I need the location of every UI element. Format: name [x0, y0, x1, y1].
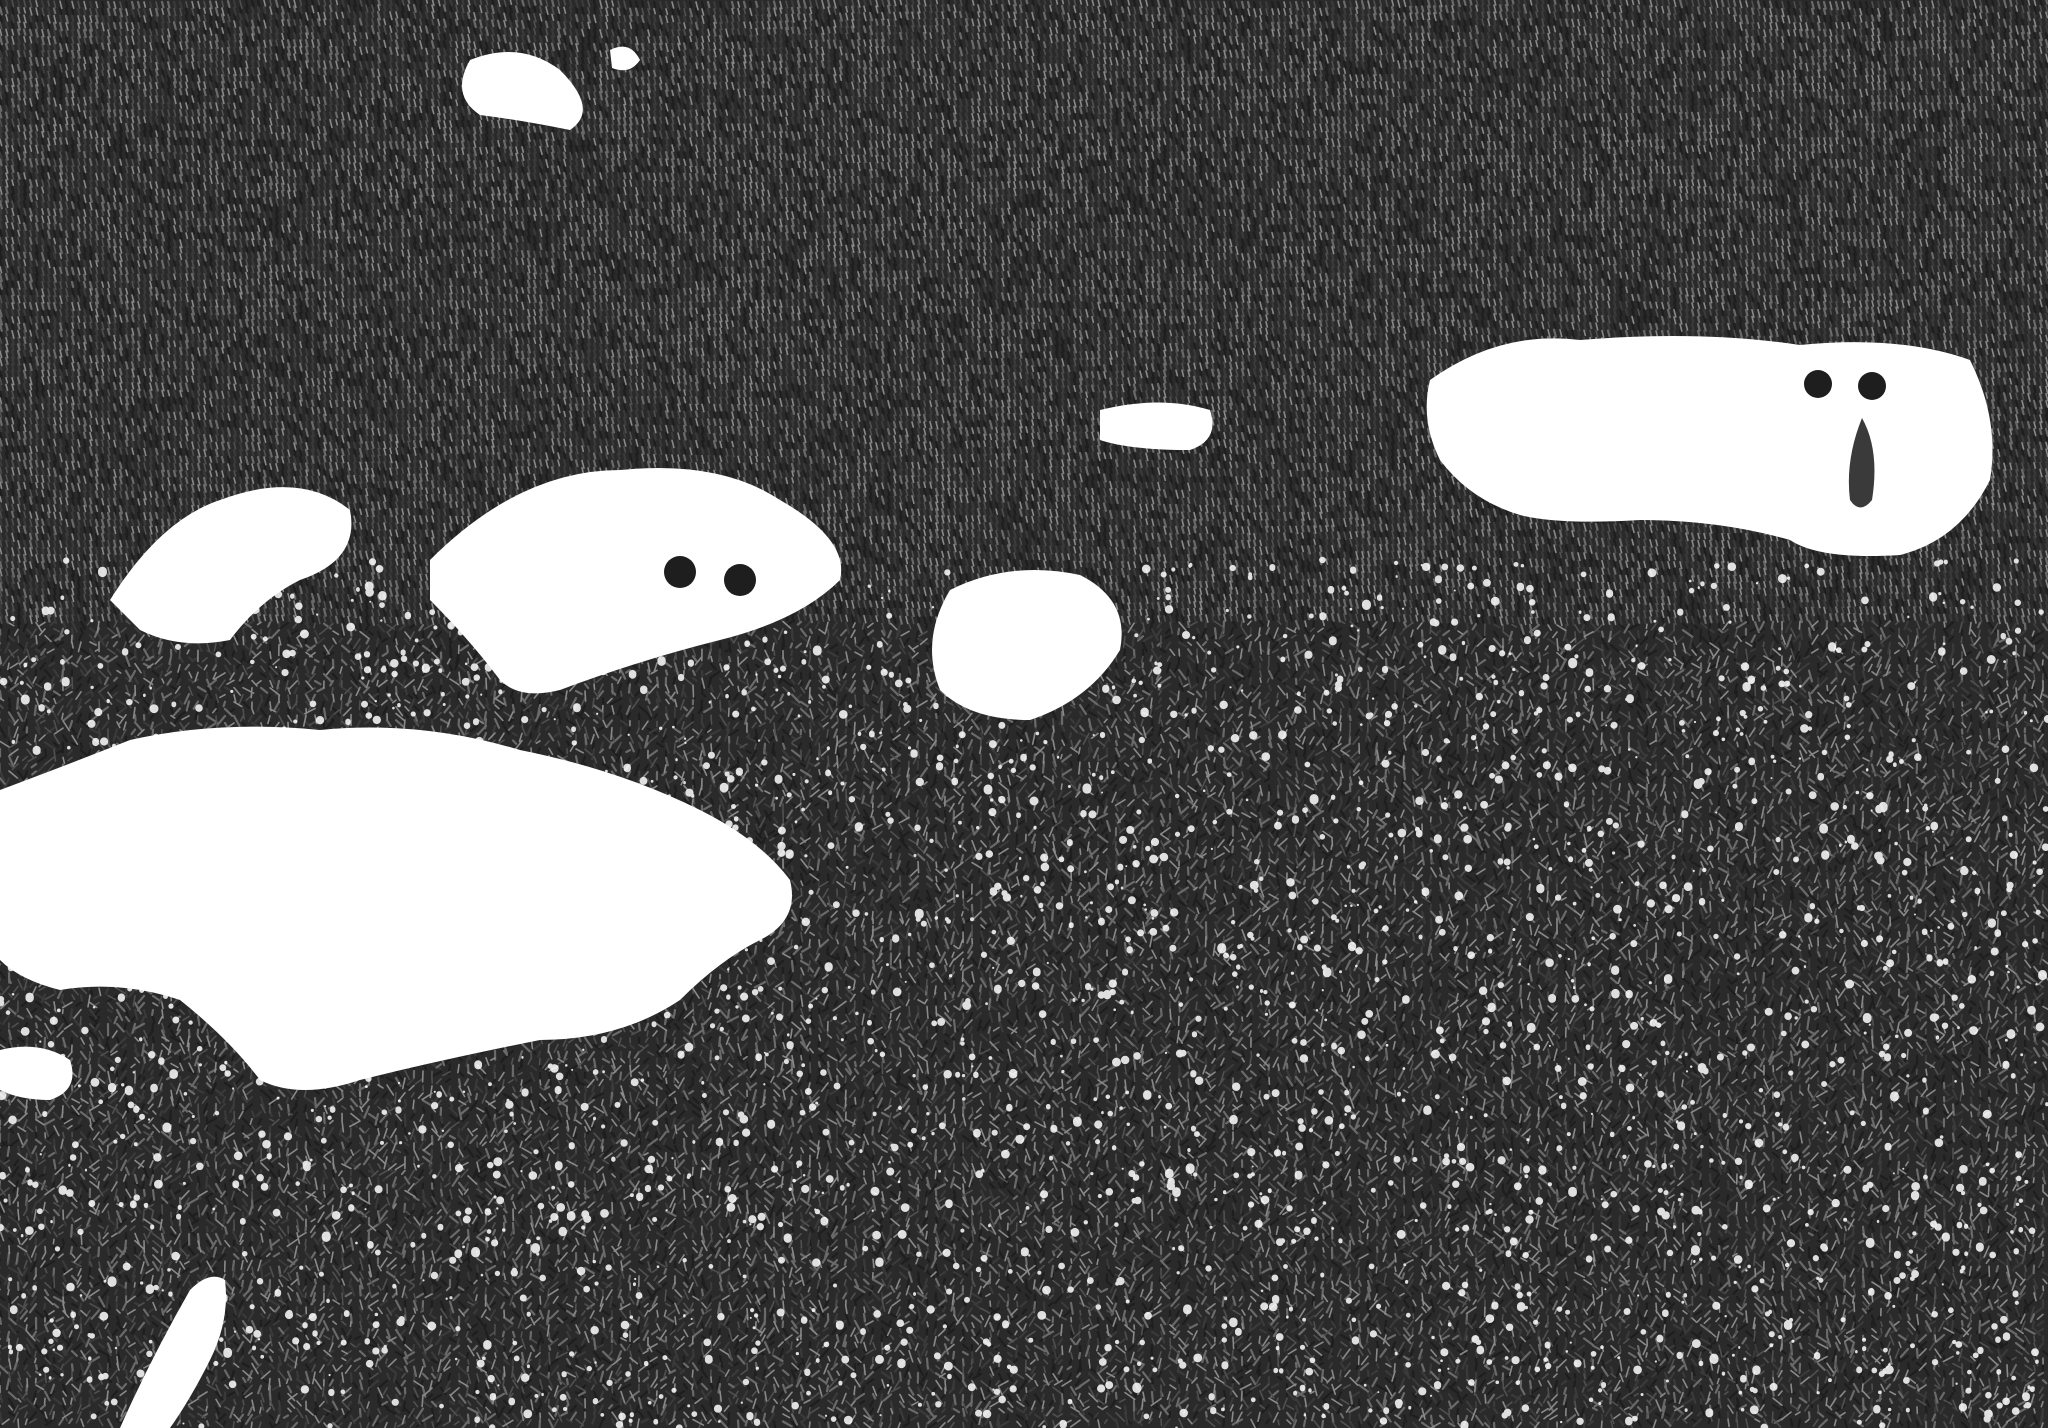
eye-icon — [724, 564, 756, 596]
eye-icon — [1804, 370, 1832, 398]
eye-icon — [1858, 372, 1886, 400]
ink-drawing-artwork: Dense black hatched ink strokes forming … — [0, 0, 2048, 1428]
white-patch-center — [1100, 403, 1213, 451]
eye-icon — [664, 556, 696, 588]
drawing-canvas — [0, 0, 2048, 1428]
